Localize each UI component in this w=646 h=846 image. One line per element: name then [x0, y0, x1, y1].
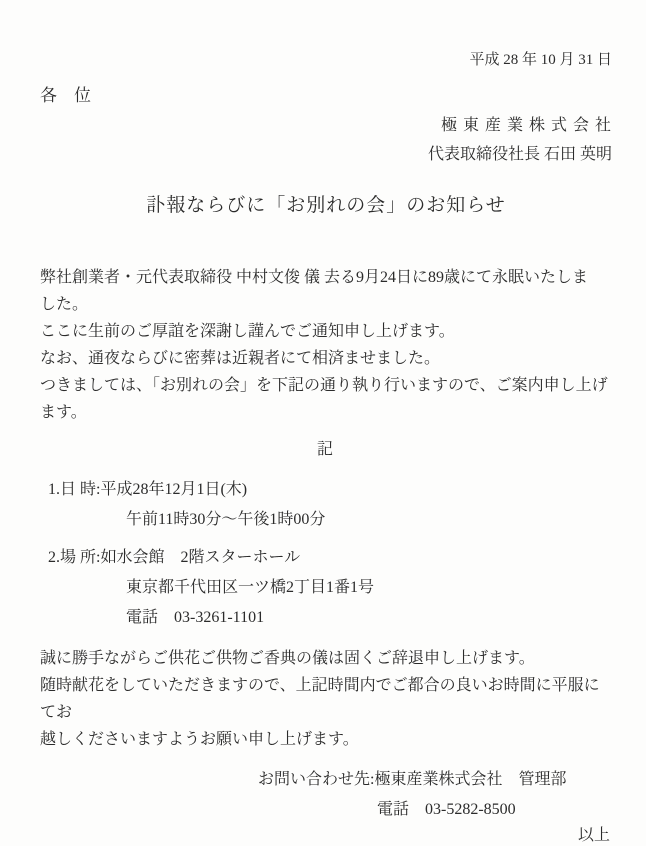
note-line-2: 随時献花をしていただきますので、上記時間内でご都合の良いお時間に平服にてお — [40, 672, 612, 726]
datetime-date: 平成28年12月1日(木) — [100, 481, 247, 498]
body-line-4: なお、通夜ならびに密葬は近親者にて相済ませました。 — [40, 345, 612, 372]
body-line-1: 弊社創業者・元代表取締役 中村文俊 儀 去る9月24日に89歳にて永眠いたしま — [40, 264, 612, 291]
venue-phone: 電話 03-3261-1101 — [126, 603, 612, 633]
document-page: 平成 28 年 10 月 31 日 各 位 極 東 産 業 株 式 会 社 代表… — [0, 0, 646, 846]
note-line-1: 誠に勝手ながらご供花ご供物ご香典の儀は固くご辞退申し上げます。 — [40, 645, 612, 672]
detail-datetime: 1.日 時:平成28年12月1日(木) 午前11時30分〜午後1時00分 — [48, 475, 612, 535]
venue-name: 如水会館 2階スターホール — [100, 549, 300, 566]
closing-marker: 以上 — [40, 826, 612, 846]
recipient-salutation: 各 位 — [40, 86, 612, 106]
venue-address: 東京都千代田区一ツ橋2丁目1番1号 — [126, 573, 612, 603]
record-heading: 記 — [40, 436, 612, 463]
contact-block: お問い合わせ先:極東産業株式会社 管理部 電話 03-5282-8500 — [40, 765, 612, 825]
issue-date: 平成 28 年 10 月 31 日 — [40, 50, 612, 70]
notes-block: 誠に勝手ながらご供花ご供物ご香典の儀は固くご辞退申し上げます。 随時献花をしてい… — [40, 645, 612, 753]
datetime-time: 午前11時30分〜午後1時00分 — [126, 505, 612, 535]
sender-representative: 代表取締役社長 石田 英明 — [40, 145, 612, 165]
sender-company-name: 極 東 産 業 株 式 会 社 — [40, 116, 612, 136]
detail-venue: 2.場 所:如水会館 2階スターホール 東京都千代田区一ツ橋2丁目1番1号 電話… — [48, 543, 612, 633]
note-line-3: 越しくださいますようお願い申し上げます。 — [40, 726, 612, 753]
contact-phone: 電話 03-5282-8500 — [377, 795, 612, 825]
announcement-body: 弊社創業者・元代表取締役 中村文俊 儀 去る9月24日に89歳にて永眠いたしま … — [40, 264, 612, 426]
datetime-line: 1.日 時:平成28年12月1日(木) — [48, 475, 612, 505]
body-line-2: した。 — [40, 291, 612, 318]
body-line-5: つきましては、「お別れの会」を下記の通り執り行いますので、ご案内申し上げます。 — [40, 372, 612, 426]
contact-inquiry: お問い合わせ先:極東産業株式会社 管理部 — [258, 765, 612, 795]
document-title: 訃報ならびに「お別れの会」のお知らせ — [40, 193, 612, 219]
venue-label: 2.場 所: — [48, 549, 100, 566]
venue-line: 2.場 所:如水会館 2階スターホール — [48, 543, 612, 573]
body-line-3: ここに生前のご厚誼を深謝し謹んでご通知申し上げます。 — [40, 318, 612, 345]
datetime-label: 1.日 時: — [48, 481, 100, 498]
